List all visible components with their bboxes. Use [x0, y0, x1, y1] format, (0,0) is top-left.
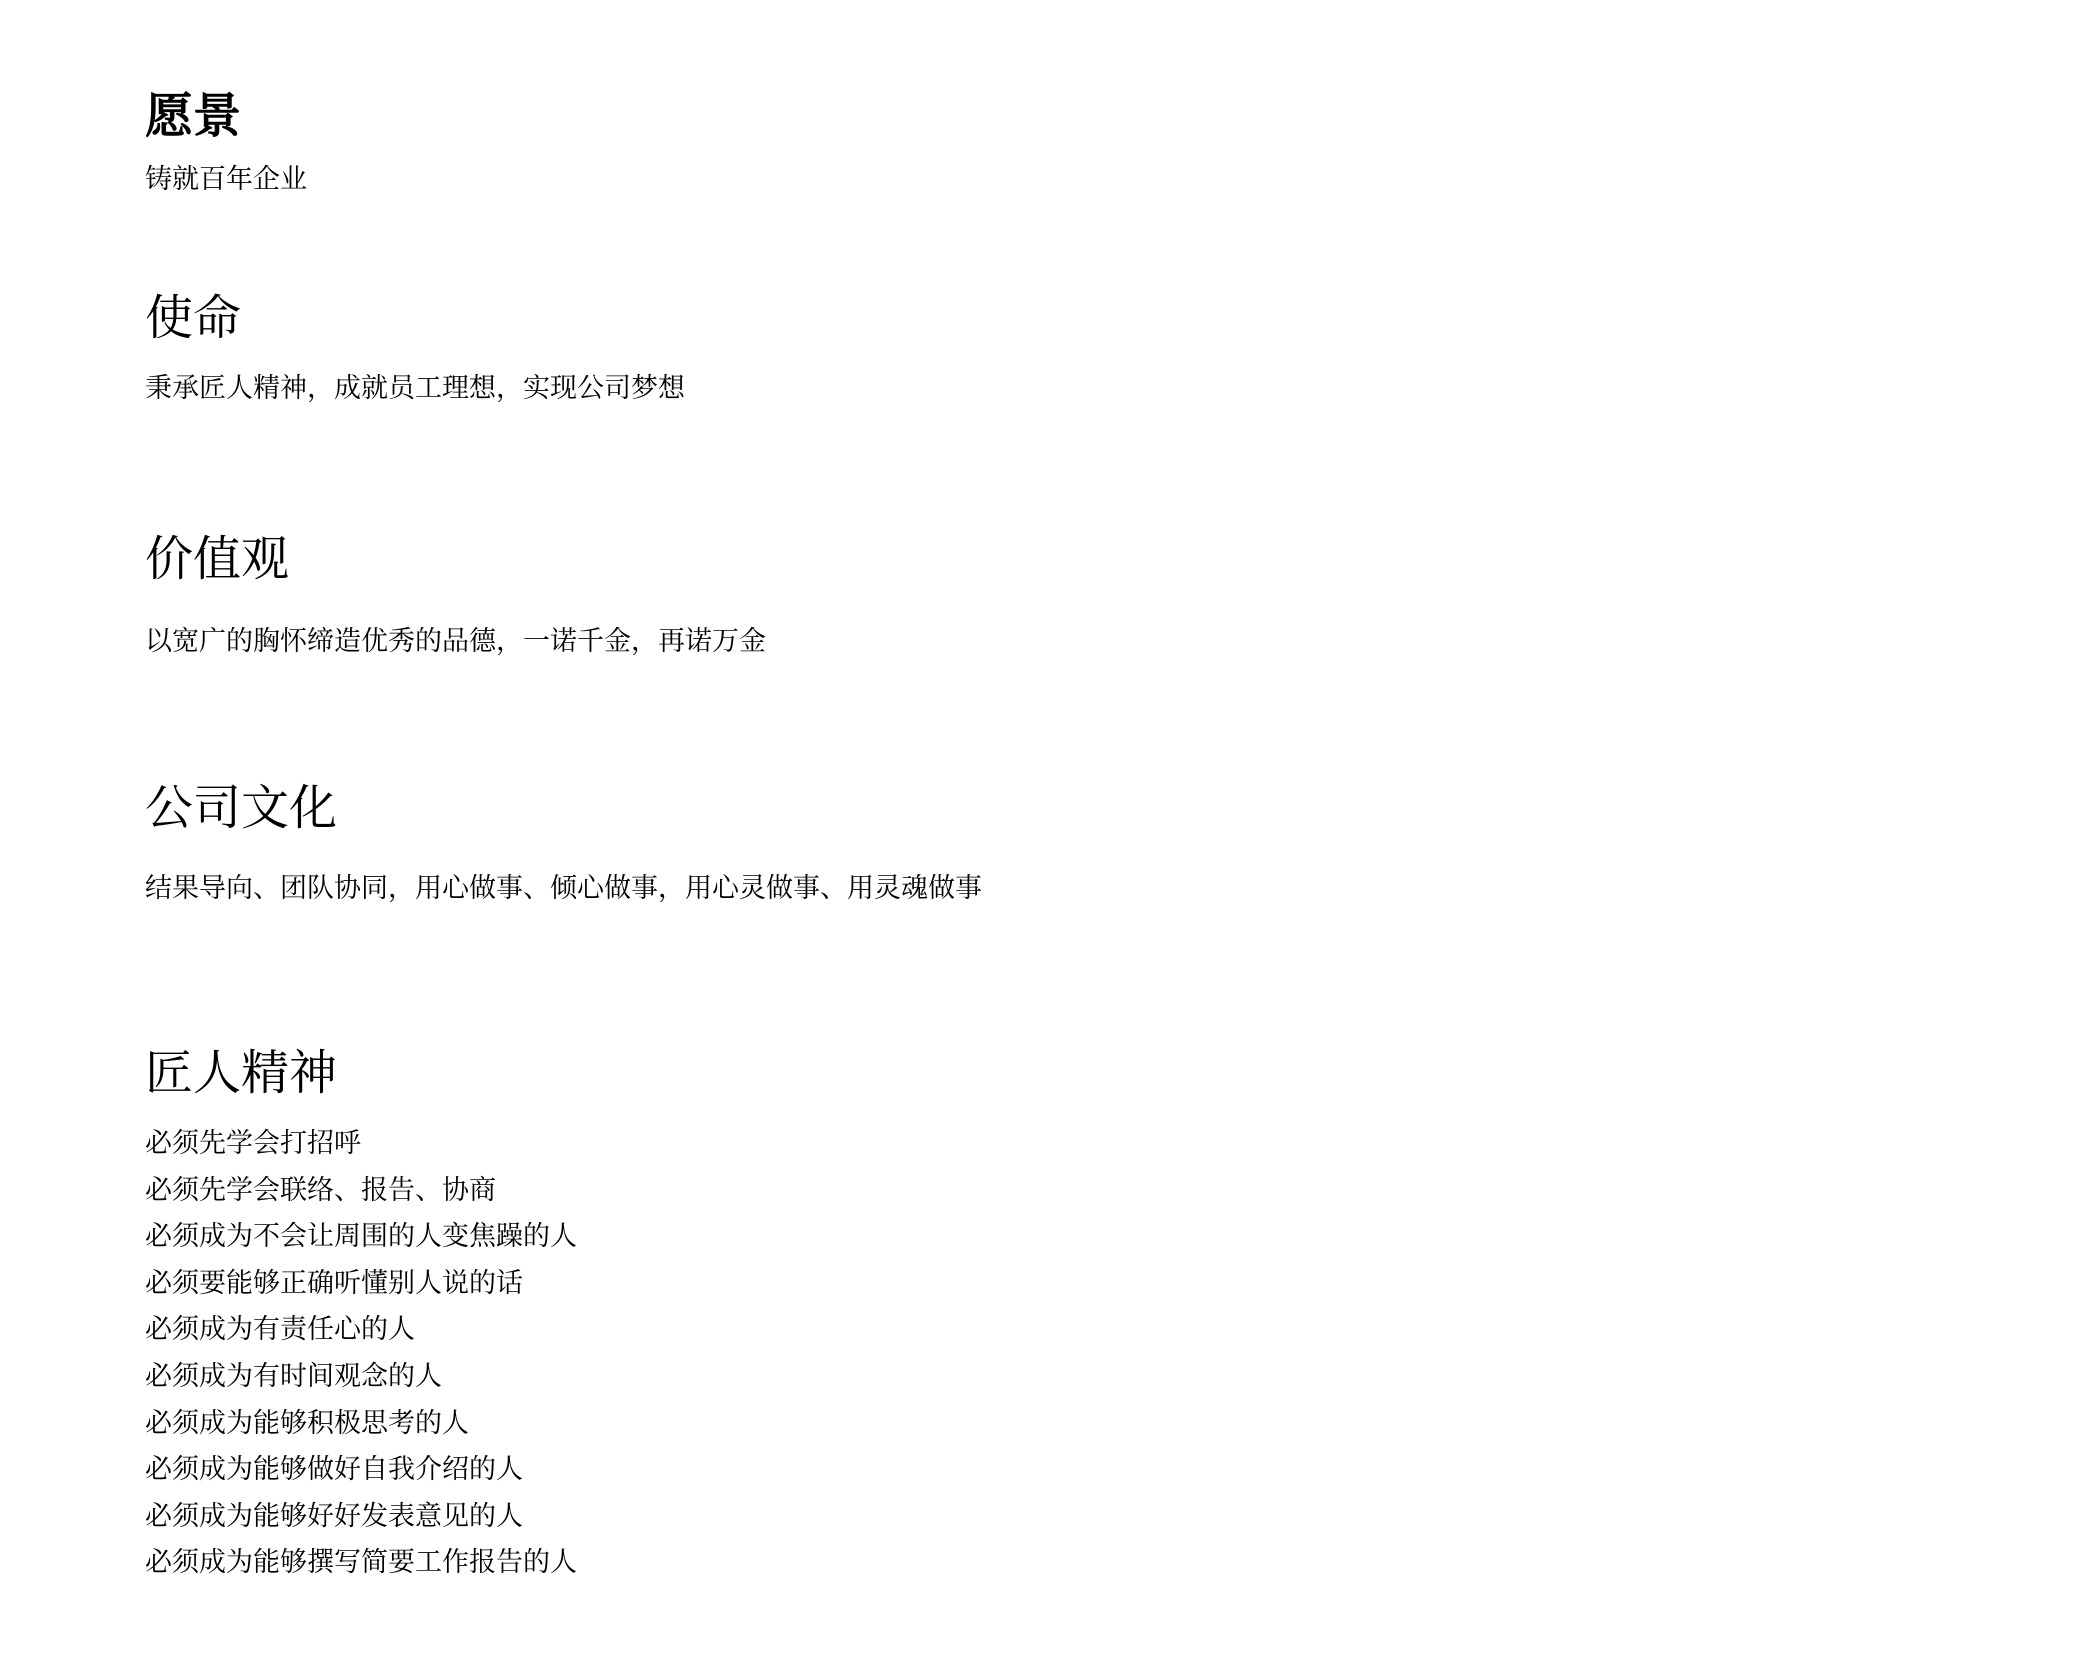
list-item: 必须要能够正确听懂别人说的话 [145, 1261, 577, 1308]
list-item: 必须成为能够做好自我介绍的人 [145, 1447, 577, 1494]
list-item: 必须成为能够积极思考的人 [145, 1401, 577, 1448]
list-item: 必须成为有责任心的人 [145, 1307, 577, 1354]
mission-text: 秉承匠人精神，成就员工理想，实现公司梦想 [145, 375, 685, 402]
values-text: 以宽广的胸怀缔造优秀的品德，一诺千金，再诺万金 [145, 628, 766, 655]
list-item: 必须成为能够撰写简要工作报告的人 [145, 1540, 577, 1587]
list-item: 必须先学会打招呼 [145, 1121, 577, 1168]
craftsmanship-title: 匠人精神 [145, 1049, 337, 1097]
list-item: 必须成为有时间观念的人 [145, 1354, 577, 1401]
list-item: 必须成为不会让周围的人变焦躁的人 [145, 1214, 577, 1261]
vision-title: 愿景 [145, 92, 241, 140]
vision-text: 铸就百年企业 [145, 166, 307, 193]
values-title: 价值观 [145, 535, 289, 583]
list-item: 必须成为能够好好发表意见的人 [145, 1494, 577, 1541]
mission-title: 使命 [145, 294, 241, 342]
culture-text: 结果导向、团队协同，用心做事、倾心做事，用心灵做事、用灵魂做事 [145, 875, 982, 902]
craftsmanship-list: 必须先学会打招呼 必须先学会联络、报告、协商 必须成为不会让周围的人变焦躁的人 … [145, 1121, 577, 1587]
list-item: 必须先学会联络、报告、协商 [145, 1168, 577, 1215]
culture-title: 公司文化 [145, 784, 337, 832]
